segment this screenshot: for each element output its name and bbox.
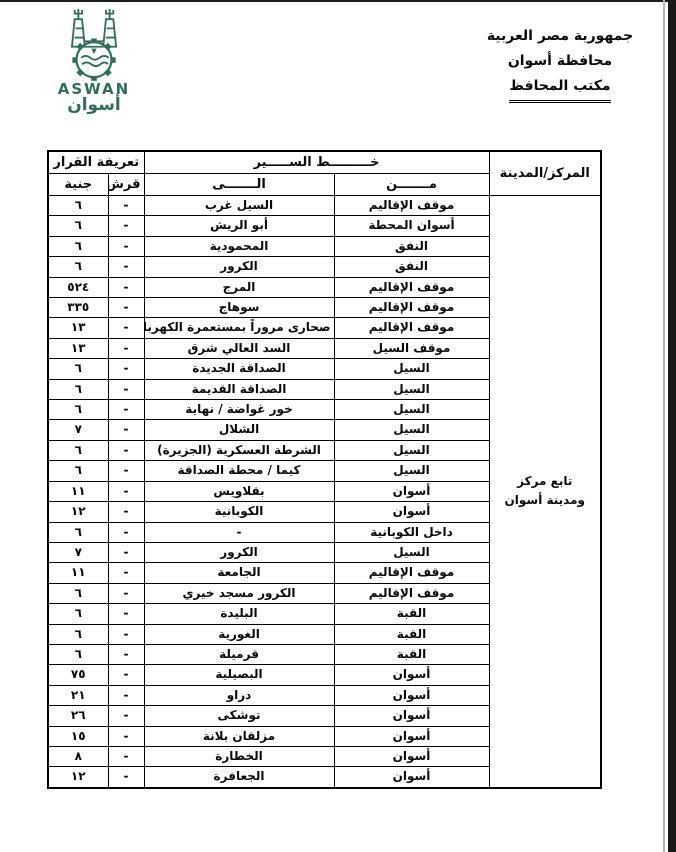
fare-table-header: المركز/المدينة خـــــــــط الســـــير تع… — [48, 151, 601, 196]
cell-gineh: ٧٥ — [48, 665, 108, 685]
cell-to: البصيلية — [144, 665, 334, 685]
cell-qirsh: - — [108, 502, 144, 522]
cell-to: سوهاج — [144, 298, 334, 318]
cell-gineh: ١٢ — [48, 767, 108, 788]
cell-to: خور غواضة / نهاية — [144, 400, 334, 420]
col-header-to: الـــــــى — [144, 174, 334, 196]
col-header-city: المركز/المدينة — [489, 151, 601, 196]
cell-to: السد العالي شرق — [144, 338, 334, 358]
cell-from: القبة — [334, 624, 489, 644]
cell-qirsh: - — [108, 216, 144, 236]
cell-to: البليدة — [144, 604, 334, 624]
cell-to: الصداقة الجديدة — [144, 359, 334, 379]
scan-edge-top — [0, 0, 676, 2]
cell-from: السيل — [334, 461, 489, 481]
cell-gineh: ٦ — [48, 461, 108, 481]
cell-from: السيل — [334, 400, 489, 420]
cell-to: الشلال — [144, 420, 334, 440]
cell-gineh: ١١ — [48, 481, 108, 501]
cell-from: موقف الإقاليم — [334, 563, 489, 583]
cell-qirsh: - — [108, 644, 144, 664]
cell-gineh: ٦ — [48, 196, 108, 216]
cell-qirsh: - — [108, 359, 144, 379]
cell-gineh: ٣٣٥ — [48, 298, 108, 318]
cell-from: أسوان المحطة — [334, 216, 489, 236]
cell-qirsh: - — [108, 665, 144, 685]
cell-gineh: ٦ — [48, 522, 108, 542]
fare-table: المركز/المدينة خـــــــــط الســـــير تع… — [47, 150, 602, 789]
cell-from: موقف السيل — [334, 338, 489, 358]
cell-to: مزلقان بلانة — [144, 726, 334, 746]
cell-to: أبو الريش — [144, 216, 334, 236]
cell-from: أسوان — [334, 767, 489, 788]
cell-from: السيل — [334, 359, 489, 379]
scan-edge-dark — [668, 0, 676, 852]
cell-from: أسوان — [334, 481, 489, 501]
cell-qirsh: - — [108, 522, 144, 542]
cell-qirsh: - — [108, 400, 144, 420]
cell-from: السيل — [334, 420, 489, 440]
cell-from: موقف الإقاليم — [334, 298, 489, 318]
cell-from: أسوان — [334, 685, 489, 705]
cell-qirsh: - — [108, 196, 144, 216]
cell-qirsh: - — [108, 746, 144, 766]
cell-qirsh: - — [108, 583, 144, 603]
cell-from: أسوان — [334, 665, 489, 685]
cell-qirsh: - — [108, 379, 144, 399]
cell-gineh: ١٢ — [48, 502, 108, 522]
cell-qirsh: - — [108, 440, 144, 460]
aswan-emblem-icon — [48, 6, 140, 82]
cell-to: صحارى مروراً بمستعمرة الكهرباء بالخزان — [144, 318, 334, 338]
cell-from: موقف الإقاليم — [334, 318, 489, 338]
cell-qirsh: - — [108, 257, 144, 277]
cell-to: المحمودية — [144, 236, 334, 256]
letterhead-country: جمهورية مصر العربية — [480, 24, 640, 49]
cell-to: توشكى — [144, 706, 334, 726]
cell-qirsh: - — [108, 420, 144, 440]
header-row-1: المركز/المدينة خـــــــــط الســـــير تع… — [48, 151, 601, 174]
cell-to: المرج — [144, 277, 334, 297]
cell-from: أسوان — [334, 726, 489, 746]
logo-arabic-text: أسوان — [28, 96, 160, 115]
logo-latin-text: ASWAN — [28, 82, 160, 96]
col-header-tariff: تعريفة القرار — [48, 151, 144, 174]
cell-to: الكرور مسجد خيري — [144, 583, 334, 603]
cell-to: الجامعة — [144, 563, 334, 583]
cell-qirsh: - — [108, 338, 144, 358]
cell-gineh: ١٥ — [48, 726, 108, 746]
aswan-governorate-logo: ASWAN أسوان — [28, 6, 160, 115]
cell-qirsh: - — [108, 726, 144, 746]
col-header-gineh: جنية — [48, 174, 108, 196]
cell-from: موقف الإقاليم — [334, 583, 489, 603]
cell-gineh: ٦ — [48, 359, 108, 379]
cell-from: أسوان — [334, 502, 489, 522]
cell-from: موقف الإقاليم — [334, 277, 489, 297]
cell-gineh: ٦ — [48, 400, 108, 420]
fare-table-body: تابع مركزومدينة أسوانموقف الإقاليمالسيل … — [48, 196, 601, 788]
cell-to: دراو — [144, 685, 334, 705]
cell-to: الشرطة العسكرية (الجزيرة) — [144, 440, 334, 460]
col-header-qirsh: قرش — [108, 174, 144, 196]
cell-qirsh: - — [108, 542, 144, 562]
cell-to: قرميلة — [144, 644, 334, 664]
cell-from: أسوان — [334, 706, 489, 726]
cell-gineh: ٢٦ — [48, 706, 108, 726]
cell-from: السيل — [334, 440, 489, 460]
cell-from: موقف الإقاليم — [334, 196, 489, 216]
cell-gineh: ٦ — [48, 379, 108, 399]
cell-qirsh: - — [108, 706, 144, 726]
letterhead-governorate: محافظة أسوان — [480, 49, 640, 74]
cell-qirsh: - — [108, 298, 144, 318]
cell-qirsh: - — [108, 563, 144, 583]
cell-qirsh: - — [108, 481, 144, 501]
letterhead-office: مكتب المحافظ — [480, 74, 640, 103]
cell-gineh: ٥٢٤ — [48, 277, 108, 297]
cell-to: الكوبانية — [144, 502, 334, 522]
col-header-route: خـــــــــط الســـــير — [144, 151, 489, 174]
scan-edge-line — [663, 0, 665, 852]
cell-gineh: ٦ — [48, 216, 108, 236]
cell-from: السيل — [334, 542, 489, 562]
cell-from: داخل الكوبانية — [334, 522, 489, 542]
cell-gineh: ٦ — [48, 440, 108, 460]
cell-from: النفق — [334, 236, 489, 256]
cell-to: الكرور — [144, 257, 334, 277]
cell-from: النفق — [334, 257, 489, 277]
cell-gineh: ١٣ — [48, 318, 108, 338]
cell-gineh: ٦ — [48, 257, 108, 277]
cell-qirsh: - — [108, 277, 144, 297]
cell-gineh: ٨ — [48, 746, 108, 766]
cell-qirsh: - — [108, 685, 144, 705]
col-header-from: مـــــــن — [334, 174, 489, 196]
cell-gineh: ٦ — [48, 604, 108, 624]
city-span-cell: تابع مركزومدينة أسوان — [489, 196, 601, 788]
cell-gineh: ٦ — [48, 583, 108, 603]
cell-gineh: ١١ — [48, 563, 108, 583]
cell-gineh: ٧ — [48, 542, 108, 562]
cell-gineh: ١٣ — [48, 338, 108, 358]
cell-qirsh: - — [108, 624, 144, 644]
cell-to: كيما / محطة الصداقة — [144, 461, 334, 481]
cell-to: السيل غرب — [144, 196, 334, 216]
cell-qirsh: - — [108, 318, 144, 338]
cell-to: الصداقة القديمة — [144, 379, 334, 399]
cell-to: الكرور — [144, 542, 334, 562]
cell-to: بقلاويس — [144, 481, 334, 501]
cell-qirsh: - — [108, 604, 144, 624]
cell-qirsh: - — [108, 236, 144, 256]
table-row: تابع مركزومدينة أسوانموقف الإقاليمالسيل … — [48, 196, 601, 216]
cell-gineh: ٢١ — [48, 685, 108, 705]
cell-qirsh: - — [108, 461, 144, 481]
letterhead: جمهورية مصر العربية محافظة أسوان مكتب ال… — [480, 24, 640, 103]
cell-from: القبة — [334, 644, 489, 664]
cell-gineh: ٧ — [48, 420, 108, 440]
cell-from: السيل — [334, 379, 489, 399]
cell-from: القبة — [334, 604, 489, 624]
cell-to: الجعافرة — [144, 767, 334, 788]
cell-gineh: ٦ — [48, 624, 108, 644]
cell-to: الخطارة — [144, 746, 334, 766]
cell-to: - — [144, 522, 334, 542]
cell-gineh: ٦ — [48, 236, 108, 256]
cell-to: الغورية — [144, 624, 334, 644]
cell-from: أسوان — [334, 746, 489, 766]
cell-qirsh: - — [108, 767, 144, 788]
cell-gineh: ٦ — [48, 644, 108, 664]
